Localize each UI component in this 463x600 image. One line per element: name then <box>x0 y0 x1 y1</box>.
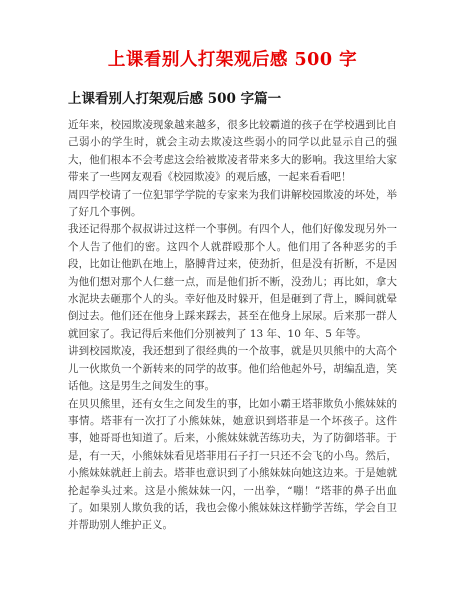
document-body: 近年来，校园欺凌现象越来越多，很多比较霸道的孩子在学校遇到比自己弱小的学生时，就… <box>68 117 397 535</box>
paragraph: 周四学校请了一位犯罪学学院的专家来为我们讲解校园欺凌的坏处，举了好几个事例。 <box>68 187 397 222</box>
paragraph: 近年来，校园欺凌现象越来越多，很多比较霸道的孩子在学校遇到比自己弱小的学生时，就… <box>68 117 397 187</box>
paragraph: 在贝贝熊里，还有女生之间发生的事，比如小霸王塔菲欺负小熊妹妹的事情。塔菲有一次打… <box>68 396 397 535</box>
paragraph: 我还记得那个叔叔讲过这样一个事例。有四个人，他们好像发现另外一个人告了他们的密。… <box>68 221 397 343</box>
document-page: 上课看别人打架观后感 500 字 上课看别人打架观后感 500 字篇一 近年来，… <box>0 0 463 600</box>
document-title: 上课看别人打架观后感 500 字 <box>68 46 397 71</box>
paragraph: 讲到校园欺凌，我还想到了很经典的一个故事，就是贝贝熊中的大高个儿一伙欺负一个新转… <box>68 343 397 395</box>
section-heading: 上课看别人打架观后感 500 字篇一 <box>68 87 397 107</box>
